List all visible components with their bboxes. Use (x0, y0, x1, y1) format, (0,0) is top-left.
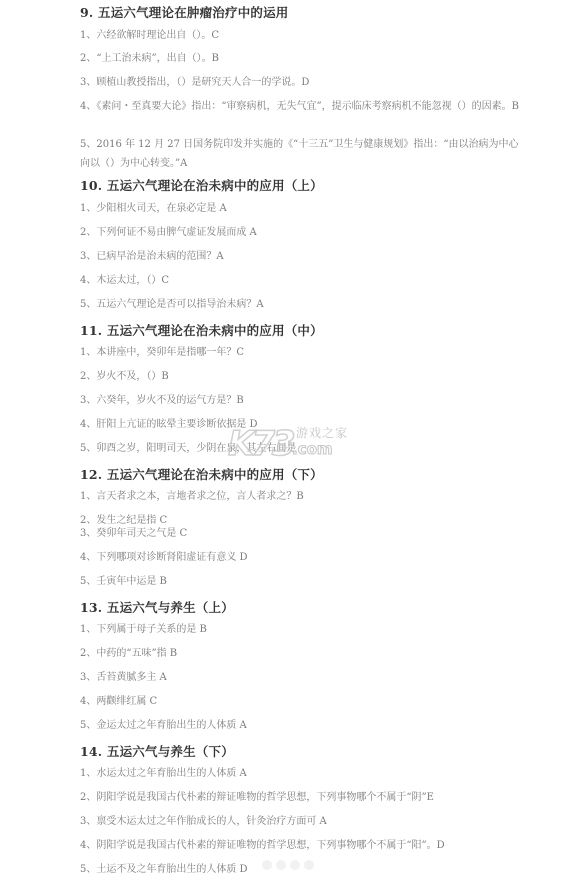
watermark-domain: .com (292, 440, 333, 458)
question-item: 5、2016 年 12 月 27 日国务院印发并实施的《“十三五”卫生与健康规划… (80, 135, 520, 173)
question-item: 5、五运六气理论是否可以指导治未病？A (80, 297, 264, 313)
question-item: 1、下列属于母子关系的是 B (80, 622, 207, 638)
section-title-10: 10. 五运六气理论在治未病中的应用（上） (80, 176, 323, 194)
section-title-9: 9. 五运六气理论在肿瘤治疗中的运用 (80, 3, 289, 21)
question-item: 2、“上工治未病”，出自（）。B (80, 51, 219, 67)
question-item: 5、土运不及之年育胎出生的人体质 D (80, 862, 248, 878)
question-item: 5、金运太过之年育胎出生的人体质 A (80, 718, 247, 734)
question-item: 4、《素问・至真要大论》指出：“审察病机，无失气宜”，提示临床考察病机不能忽视（… (80, 97, 520, 116)
question-item: 3、顾植山教授指出，（）是研究天人合一的学说。D (80, 75, 309, 91)
page-dot (290, 860, 300, 870)
section-title-13: 13. 五运六气与养生（上） (80, 598, 234, 616)
section-title-14: 14. 五运六气与养生（下） (80, 742, 234, 760)
question-item: 1、本讲座中，癸卯年是指哪一年？C (80, 345, 244, 361)
question-item: 1、六经欲解时理论出自（）。C (80, 28, 219, 44)
section-title-12: 12. 五运六气理论在治未病中的应用（下） (80, 465, 323, 483)
question-item: 2、中药的“五味”指 B (80, 646, 177, 662)
question-item: 4、两颧绯红属 C (80, 694, 157, 710)
question-item: 4、木运太过，（）C (80, 273, 169, 289)
question-item: 3、舌苔黄腻多主 A (80, 670, 167, 686)
question-item: 3、禀受木运太过之年作胎成长的人，针灸治疗方面可 A (80, 814, 327, 830)
page-dot (276, 860, 286, 870)
question-item: 3、已病早治是治未病的范围？A (80, 249, 224, 265)
question-item: 3、六癸年，岁火不及的运气方是？B (80, 393, 244, 409)
question-item: 2、岁火不及，（）B (80, 369, 169, 385)
page-dot (262, 860, 272, 870)
section-title-11: 11. 五运六气理论在治未病中的应用（中） (80, 321, 323, 339)
question-item: 2、阴阳学说是我国古代朴素的辩证唯物的哲学思想，下列事物哪个不属于“阴”E (80, 790, 434, 806)
question-item: 2、下列何证不易由脾气虚证发展而成 A (80, 225, 257, 241)
question-item: 1、言天者求之本，言地者求之位，言人者求之？B (80, 489, 304, 505)
question-item: 3、癸卯年司天之气是 C (80, 526, 187, 542)
question-item: 4、肝阳上亢证的眩晕主要诊断依据是 D (80, 417, 258, 433)
watermark-site-name: 游戏之家 (296, 424, 348, 441)
question-item: 5、壬寅年中运是 B (80, 574, 167, 590)
question-item: 1、水运太过之年育胎出生的人体质 A (80, 766, 247, 782)
page-dot (304, 860, 314, 870)
page-indicator (262, 860, 314, 870)
question-item: 4、阴阳学说是我国古代朴素的辩证唯物的哲学思想，下列事物哪个不属于“阳”。D (80, 838, 445, 854)
question-item: 1、少阳相火司天，在泉必定是 A (80, 201, 227, 217)
question-item: 5、卯酉之岁，阳明司天，少阴在泉，其左右间是 (80, 441, 296, 457)
question-item: 4、下列哪项对诊断肾阳虚证有意义 D (80, 550, 248, 566)
